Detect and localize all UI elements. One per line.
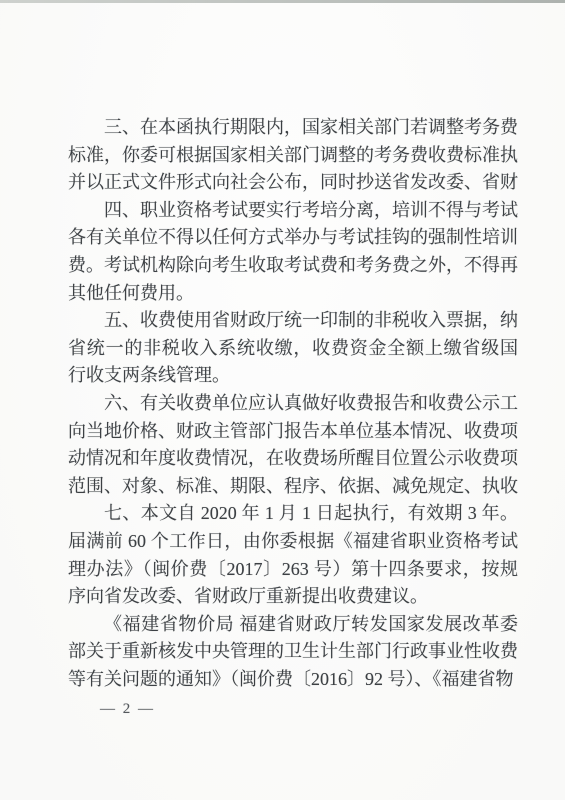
text-line: 向当地价格、财政主管部门报告本单位基本情况、收费项目变 <box>68 418 518 446</box>
paragraph: 四、职业资格考试要实行考培分离，培训不得与考试挂钩，各有关单位不得以任何方式举办… <box>68 197 518 307</box>
text-line: 各有关单位不得以任何方式举办与考试挂钩的强制性培训并收 <box>68 224 518 252</box>
text-line: 理办法》（闽价费〔2017〕263 号）第十四条要求，按规定程 <box>68 556 518 584</box>
text-line: 部关于重新核发中央管理的卫生计生部门行政事业性收费标准 <box>68 638 518 666</box>
text-line: 省统一的非税收入系统收缴，收费资金全额上缴省级国库，实 <box>68 335 518 363</box>
paragraph: 七、本文自 2020 年 1 月 1 日起执行，有效期 3 年。有效期届满前 6… <box>68 500 518 610</box>
text-line: 四、职业资格考试要实行考培分离，培训不得与考试挂钩， <box>68 197 518 225</box>
paragraph: 五、收费使用省财政厅统一印制的非税收入票据，纳入全省统一的非税收入系统收缴，收费… <box>68 307 518 390</box>
text-line: 范围、对象、标准、期限、程序、依据、减免规定、执收方式。 <box>68 473 518 501</box>
scan-edge <box>0 0 565 3</box>
paragraph: 三、在本函执行期限内，国家相关部门若调整考务费收费标准，你委可根据国家相关部门调… <box>68 114 518 197</box>
text-line: 六、有关收费单位应认真做好收费报告和收费公示工作， <box>68 390 518 418</box>
page-number: — 2 — <box>100 701 155 718</box>
text-line: 七、本文自 2020 年 1 月 1 日起执行，有效期 3 年。有效期 <box>68 500 518 528</box>
text-line: 费。考试机构除向考生收取考试费和考务费之外，不得再收取 <box>68 252 518 280</box>
text-line: 行收支两条线管理。 <box>68 362 518 390</box>
text-line: 动情况和年度收费情况，在收费场所醒目位置公示收费项目、 <box>68 445 518 473</box>
paragraph: 《福建省物价局 福建省财政厅转发国家发展改革委 财政部关于重新核发中央管理的卫生… <box>68 611 518 694</box>
text-line: 五、收费使用省财政厅统一印制的非税收入票据，纳入全 <box>68 307 518 335</box>
paragraph: 六、有关收费单位应认真做好收费报告和收费公示工作，向当地价格、财政主管部门报告本… <box>68 390 518 500</box>
text-line: 并以正式文件形式向社会公布，同时抄送省发改委、省财政厅。 <box>68 169 518 197</box>
text-line: 《福建省物价局 福建省财政厅转发国家发展改革委 财政 <box>68 611 518 639</box>
text-line: 届满前 60 个工作日，由你委根据《福建省职业资格考试收费管 <box>68 528 518 556</box>
text-line: 等有关问题的通知》（闽价费〔2016〕92 号）、《福建省物价 <box>68 666 518 694</box>
text-line: 标准，你委可根据国家相关部门调整的考务费收费标准执行， <box>68 142 518 170</box>
text-line: 三、在本函执行期限内，国家相关部门若调整考务费收费 <box>68 114 518 142</box>
text-line: 其他任何费用。 <box>68 280 518 308</box>
document-body: 三、在本函执行期限内，国家相关部门若调整考务费收费标准，你委可根据国家相关部门调… <box>68 114 518 693</box>
text-line: 序向省发改委、省财政厅重新提出收费建议。 <box>68 583 518 611</box>
